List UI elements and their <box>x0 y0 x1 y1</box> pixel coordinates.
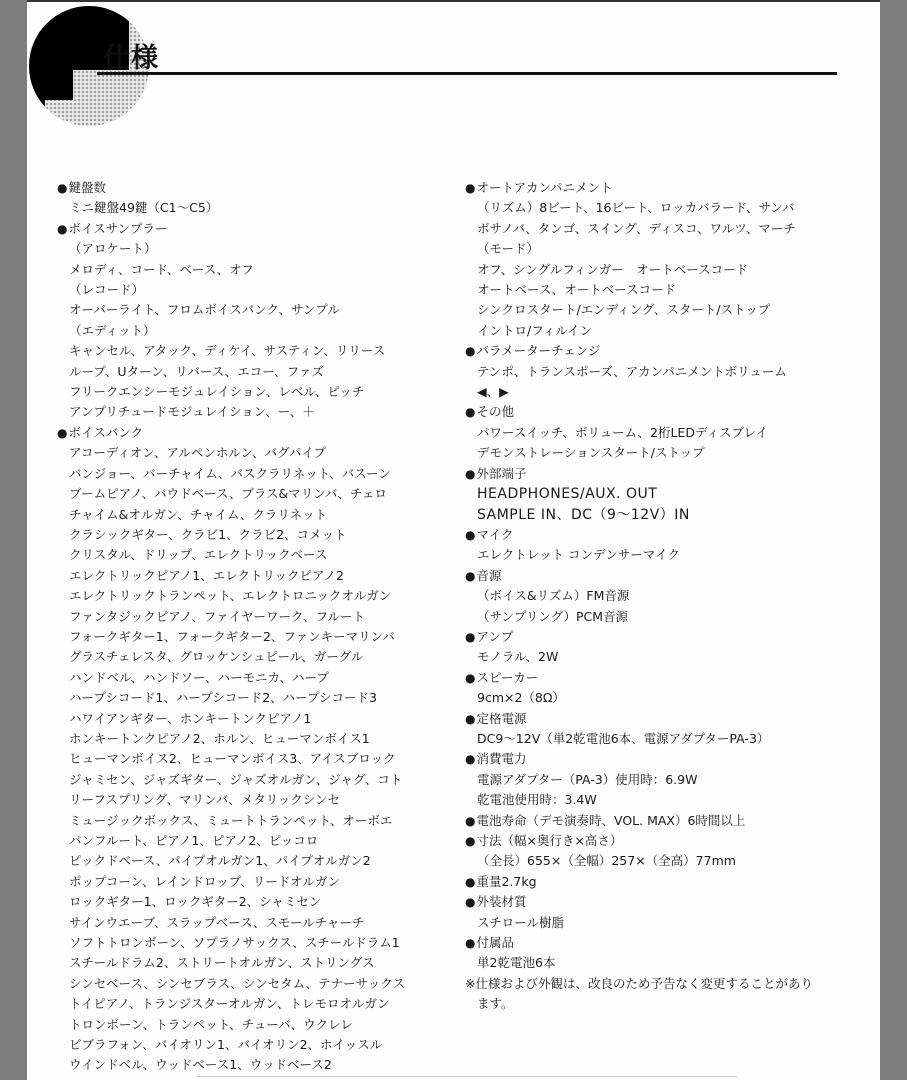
spec-heading: ●重量2.7kg <box>465 872 813 892</box>
spec-heading-label: 付属品 <box>476 935 514 950</box>
spec-heading-label: パラメーターチェンジ <box>476 343 600 358</box>
bullet-icon: ● <box>465 752 475 766</box>
spec-line: アンプリチュードモジュレイション、ー、＋ <box>57 402 405 422</box>
spec-line: グラスチェレスタ、グロッケンシュピール、ガーグル <box>57 647 405 667</box>
spec-line: デモンストレーションスタート/ストップ <box>465 443 813 463</box>
spec-heading-label: 定格電源 <box>476 711 526 726</box>
spec-line: ウインドベル、ウッドベース1、ウッドベース2 <box>57 1055 405 1075</box>
spec-line: チャイム&オルガン、チャイム、クラリネット <box>57 505 405 525</box>
spec-line: （レコード） <box>57 280 405 300</box>
bullet-icon: ● <box>465 181 475 195</box>
spec-heading: ●消費電力 <box>465 749 813 769</box>
spec-line: フォークギター1、フォークギター2、ファンキーマリンバ <box>57 627 405 647</box>
spec-heading-label: 外装材質 <box>476 894 526 909</box>
spec-line: （アロケート） <box>57 239 405 259</box>
spec-heading-label: オートアカンパニメント <box>476 180 612 195</box>
spec-line: ミニ鍵盤49鍵（C1〜C5） <box>57 198 405 218</box>
spec-heading: ●マイク <box>465 525 813 545</box>
spec-column-right: ●オートアカンパニメント（リズム）8ビート、16ビート、ロッカバラード、サンバボ… <box>465 178 813 1015</box>
spec-line: エレクトリックピアノ1、エレクトリックピアノ2 <box>57 566 405 586</box>
spec-heading: ●外装材質 <box>465 892 813 912</box>
page-bottom-edge <box>197 1076 737 1077</box>
page-title: 仕様 <box>103 36 159 75</box>
spec-line: ソフトトロンボーン、ソプラノサックス、スチールドラム1 <box>57 933 405 953</box>
spec-heading: ●付属品 <box>465 933 813 953</box>
bullet-icon: ● <box>465 936 475 950</box>
bullet-icon: ● <box>465 630 475 644</box>
spec-heading: ●オートアカンパニメント <box>465 178 813 198</box>
document-page: 仕様 ●鍵盤数ミニ鍵盤49鍵（C1〜C5）●ボイスサンプラー（アロケート）メロデ… <box>27 0 880 1080</box>
spec-line: メロディ、コード、ベース、オフ <box>57 260 405 280</box>
spec-line: パワースイッチ、ボリューム、2桁LEDディスプレイ <box>465 423 813 443</box>
spec-line: スチールドラム2、ストリートオルガン、ストリングス <box>57 953 405 973</box>
spec-line: ループ、Uターン、リバース、エコー、ファズ <box>57 362 405 382</box>
spec-heading-label: ボイスサンプラー <box>68 221 167 236</box>
spec-line: シンクロスタート/エンディング、スタート/ストップ <box>465 300 813 320</box>
spec-heading-label: スピーカー <box>476 670 538 685</box>
spec-line: （モード） <box>465 239 813 259</box>
spec-heading-label: 重量2.7kg <box>476 874 536 889</box>
bullet-icon: ● <box>465 895 475 909</box>
spec-heading: ●音源 <box>465 566 813 586</box>
spec-line: ハワイアンギター、ホンキートンクピアノ1 <box>57 709 405 729</box>
spec-line: バンジョー、バーチャイム、バスクラリネット、バスーン <box>57 464 405 484</box>
spec-line: ◀、▶ <box>465 382 813 402</box>
spec-heading-label: 鍵盤数 <box>68 180 106 195</box>
spec-line: オーバーライト、フロムボイスバンク、サンプル <box>57 300 405 320</box>
spec-heading-label: ボイスバンク <box>68 425 143 440</box>
spec-heading: ●パラメーターチェンジ <box>465 341 813 361</box>
spec-line: HEADPHONES/AUX. OUT <box>465 484 813 504</box>
spec-line: ヒューマンボイス2、ヒューマンボイス3、アイスブロック <box>57 749 405 769</box>
spec-heading-label: 音源 <box>476 568 501 583</box>
bullet-icon: ● <box>465 814 475 828</box>
spec-heading: ●スピーカー <box>465 668 813 688</box>
spec-line: トイピアノ、トランジスターオルガン、トレモロオルガン <box>57 994 405 1014</box>
bullet-icon: ● <box>465 569 475 583</box>
spec-line: ボサノバ、タンゴ、スイング、ディスコ、ワルツ、マーチ <box>465 219 813 239</box>
spec-line: （ボイス&リズム）FM音源 <box>465 586 813 606</box>
spec-line: ファンタジックピアノ、ファイヤーワーク、フルート <box>57 607 405 627</box>
header-rule <box>97 72 837 75</box>
spec-line: ハンドベル、ハンドソー、ハーモニカ、ハープ <box>57 668 405 688</box>
spec-line: オフ、シングルフィンガー オートベースコード <box>465 260 813 280</box>
spec-heading: ●アンプ <box>465 627 813 647</box>
spec-heading-label: その他 <box>476 404 514 419</box>
spec-line: クラシックギター、クラビ1、クラビ2、コメット <box>57 525 405 545</box>
bullet-icon: ● <box>57 426 67 440</box>
spec-line: キャンセル、アタック、ディケイ、サスティン、リリース <box>57 341 405 361</box>
spec-line: オートベース、オートベースコード <box>465 280 813 300</box>
spec-heading: ●電池寿命（デモ演奏時、VOL. MAX）6時間以上 <box>465 811 813 831</box>
bullet-icon: ● <box>465 712 475 726</box>
spec-line: スチロール樹脂 <box>465 913 813 933</box>
bullet-icon: ● <box>465 344 475 358</box>
spec-line: ロックギター1、ロックギター2、シャミセン <box>57 892 405 912</box>
spec-line: ミュージックボックス、ミュートトランペット、オーボエ <box>57 811 405 831</box>
spec-line: ハープシコード1、ハープシコード2、ハープシコード3 <box>57 688 405 708</box>
spec-column-left: ●鍵盤数ミニ鍵盤49鍵（C1〜C5）●ボイスサンプラー（アロケート）メロディ、コ… <box>57 178 405 1076</box>
emblem-block <box>29 100 45 120</box>
spec-line: テンポ、トランスポーズ、アカンパニメントボリューム <box>465 362 813 382</box>
footnote-continued: ます。 <box>465 994 813 1014</box>
bullet-icon: ● <box>465 405 475 419</box>
spec-line: エレクトレット コンデンサーマイク <box>465 545 813 565</box>
spec-line: ビブラフォン、バイオリン1、バイオリン2、ホイッスル <box>57 1035 405 1055</box>
spec-line: モノラル、2W <box>465 647 813 667</box>
spec-line: ホンキートンクピアノ2、ホルン、ヒューマンボイス1 <box>57 729 405 749</box>
spec-heading-label: アンプ <box>476 629 513 644</box>
spec-heading: ●鍵盤数 <box>57 178 405 198</box>
spec-line: サインウエーブ、スラップベース、スモールチャーチ <box>57 913 405 933</box>
spec-line: ブームピアノ、バウドベース、ブラス&マリンバ、チェロ <box>57 484 405 504</box>
spec-line: 単2乾電池6本 <box>465 953 813 973</box>
spec-line: SAMPLE IN、DC（9〜12V）IN <box>465 505 813 525</box>
spec-line: パンフルート、ピアノ1、ピアノ2、ピッコロ <box>57 831 405 851</box>
bullet-icon: ● <box>57 181 67 195</box>
bullet-icon: ● <box>465 834 475 848</box>
spec-line: アコーディオン、アルペンホルン、バグパイプ <box>57 443 405 463</box>
spec-heading-label: 外部端子 <box>476 466 526 481</box>
spec-line: ジャミセン、ジャズギター、ジャズオルガン、ジャグ、コト <box>57 770 405 790</box>
bullet-icon: ● <box>465 671 475 685</box>
spec-line: DC9〜12V（単2乾電池6本、電源アダプターPA-3） <box>465 729 813 749</box>
spec-heading-label: 寸法（幅×奥行き×高さ） <box>476 833 622 848</box>
spec-line: （全長）655×（全幅）257×（全高）77mm <box>465 851 813 871</box>
spec-line: 9cm×2（8Ω） <box>465 688 813 708</box>
bullet-icon: ● <box>57 222 67 236</box>
spec-line: （エディット） <box>57 321 405 341</box>
spec-line: エレクトリックトランペット、エレクトロニックオルガン <box>57 586 405 606</box>
spec-line: （サンプリング）PCM音源 <box>465 607 813 627</box>
spec-heading: ●定格電源 <box>465 709 813 729</box>
spec-line: イントロ/フィルイン <box>465 321 813 341</box>
footnote: ※仕様および外観は、改良のため予告なく変更することがあり <box>465 974 813 994</box>
spec-line: ピックドベース、パイプオルガン1、パイプオルガン2 <box>57 851 405 871</box>
spec-heading: ●ボイスサンプラー <box>57 219 405 239</box>
spec-line: 乾電池使用時：3.4W <box>465 790 813 810</box>
spec-heading: ●外部端子 <box>465 464 813 484</box>
spec-heading: ●ボイスバンク <box>57 423 405 443</box>
spec-line: シンセベース、シンセブラス、シンセタム、テナーサックス <box>57 974 405 994</box>
spec-line: ポップコーン、レインドロップ、リードオルガン <box>57 872 405 892</box>
spec-line: （リズム）8ビート、16ビート、ロッカバラード、サンバ <box>465 198 813 218</box>
spec-heading-label: 電池寿命（デモ演奏時、VOL. MAX）6時間以上 <box>476 813 745 828</box>
spec-line: 電源アダプター（PA-3）使用時：6.9W <box>465 770 813 790</box>
spec-heading-label: マイク <box>476 527 513 542</box>
emblem-block <box>29 70 73 100</box>
bullet-icon: ● <box>465 467 475 481</box>
spec-heading: ●その他 <box>465 402 813 422</box>
bullet-icon: ● <box>465 528 475 542</box>
spec-line: リーフスプリング、マリンバ、メタリックシンセ <box>57 790 405 810</box>
spec-line: トロンボーン、トランペット、チューバ、ウクレレ <box>57 1015 405 1035</box>
spec-line: クリスタル、ドリップ、エレクトリックベース <box>57 545 405 565</box>
spec-heading-label: 消費電力 <box>476 751 526 766</box>
spec-heading: ●寸法（幅×奥行き×高さ） <box>465 831 813 851</box>
spec-line: フリークエンシーモジュレイション、レベル、ピッチ <box>57 382 405 402</box>
bullet-icon: ● <box>465 875 475 889</box>
